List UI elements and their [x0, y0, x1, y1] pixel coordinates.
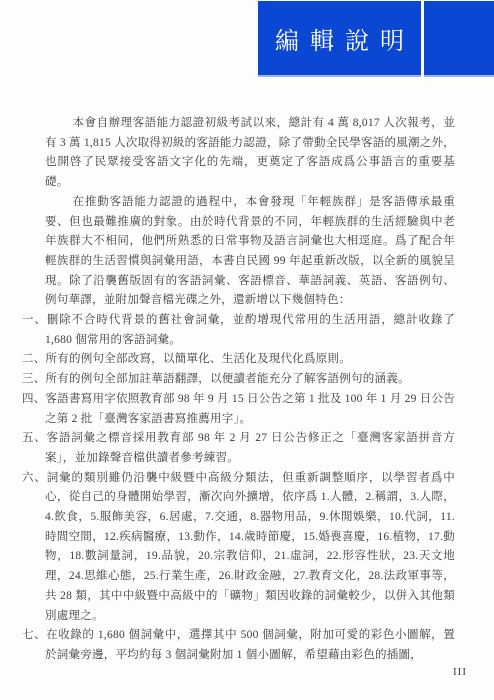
page-title: 編輯說明 [264, 21, 415, 56]
feature-item-3: 三、所有的例句全部加註華語翻譯，以便讀者能充分了解客語例句的涵義。 [45, 370, 455, 390]
feature-item-5: 五、客語詞彙之標音採用教育部 98 年 2 月 27 日公告修正之「臺灣客家語拼… [45, 429, 455, 468]
document-page: 編輯說明 本會自辦理客語能力認證初級考試以來，總計有 4 萬 8,017 人次報… [0, 0, 494, 700]
feature-item-6: 六、詞彙的類別雖仍沿襲中級暨中高級分類法，但重新調整順序，以學習者爲中心，從自己… [45, 469, 455, 627]
banner-side-strip [424, 1, 494, 77]
feature-item-7: 七、在收錄的 1,680 個詞彙中，選擇其中 500 個詞彙，附加可愛的彩色小圖… [45, 626, 455, 665]
body-text: 本會自辦理客語能力認證初級考試以來，總計有 4 萬 8,017 人次報考，並有 … [45, 114, 455, 666]
page-number: III [453, 666, 467, 678]
chapter-title-banner: 編輯說明 [258, 1, 421, 77]
feature-item-2: 二、所有的例句全部改寫，以簡單化、生活化及現代化爲原則。 [45, 350, 455, 370]
feature-item-4: 四、客語書寫用字依照教育部 98 年 9 月 15 日公告之第 1 批及 100… [45, 390, 455, 429]
paragraph-exam-stats: 本會自辦理客語能力認證初級考試以來，總計有 4 萬 8,017 人次報考，並有 … [45, 114, 455, 193]
feature-item-1: 一、刪除不合時代背景的舊社會詞彙，並酌增現代常用的生活用語，總計收錄了 1,68… [45, 311, 455, 350]
paragraph-revision-background: 在推動客語能力認證的過程中，本會發現「年輕族群」是客語傳承最重要、但也最難推廣的… [45, 193, 455, 311]
